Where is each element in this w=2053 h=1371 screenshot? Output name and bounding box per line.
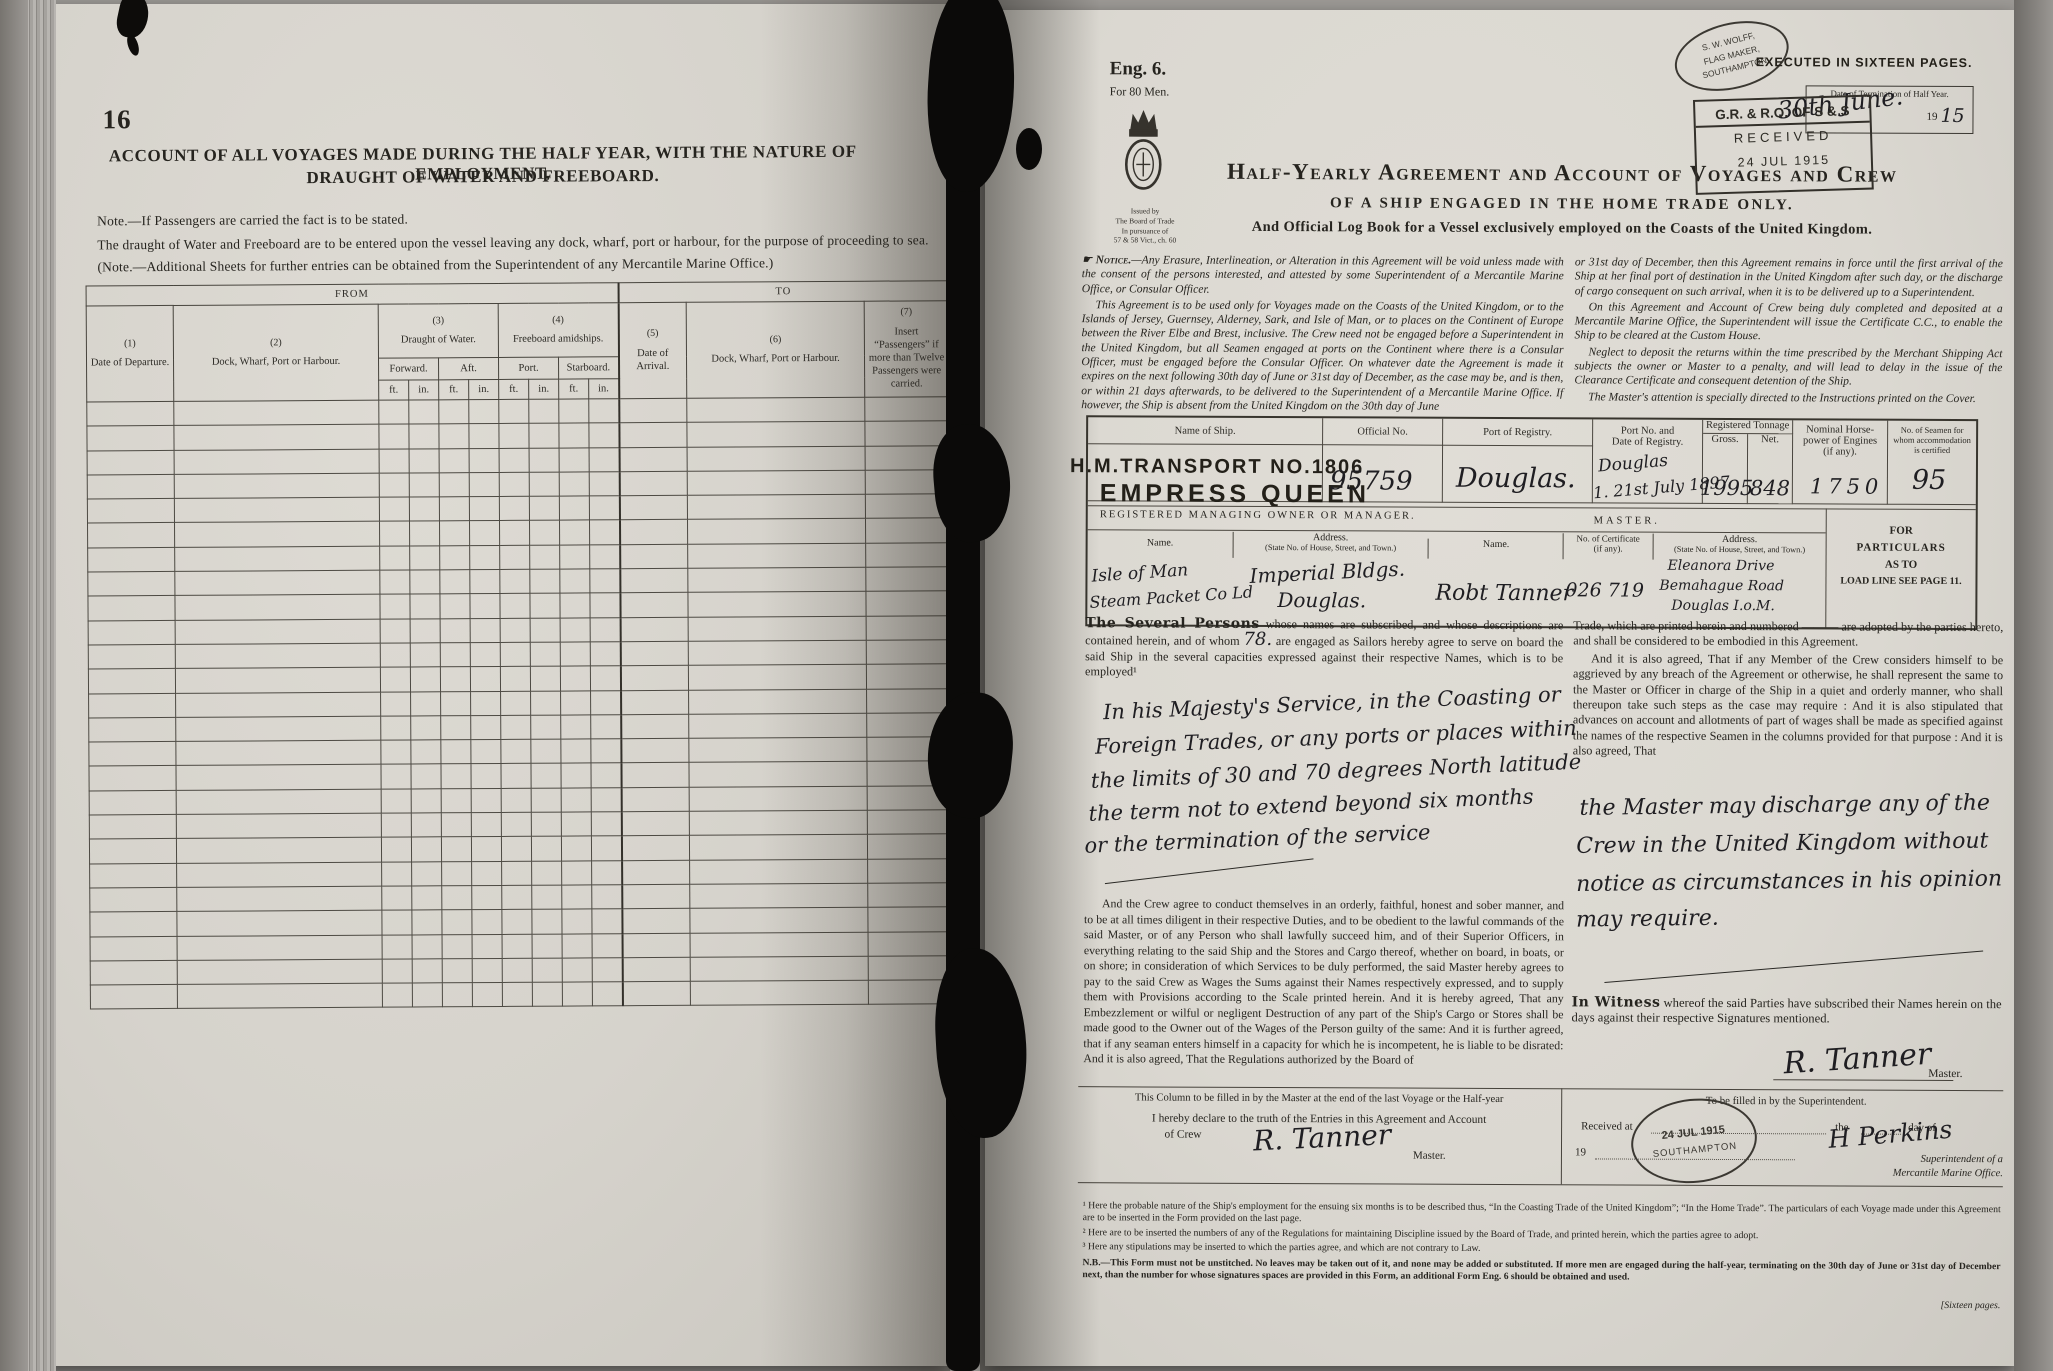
col4-label: Freeboard amidships. [513,334,603,346]
header-name-of-ship-label: Name of Ship. [1088,425,1322,437]
received-stamp-line1: G.R. & R.O. OF S & S [1695,103,1870,128]
pen-stroke-left [1105,858,1314,884]
right-page: Eng. 6. For 80 Men. Issued by The Board … [985,10,2015,1366]
subtitle-logbook: And Official Log Book for a Vessel exclu… [1122,218,2002,239]
header-hp-line2: power of Engines [1793,435,1887,446]
sub-starboard: Starboard. [558,357,618,379]
notice-right-column: or 31st day of December, then this Agree… [1574,255,2003,408]
owner-address-header: Address. (State No. of House, Street, an… [1233,532,1428,559]
page-stack-edge [26,0,56,1371]
superintendent-title: To be filled in by the Superintendent. [1571,1094,2001,1108]
witness-paragraph: In Witness whereof the said Parties have… [1572,995,2002,1028]
col-dock-from: (2) Dock, Wharf, Port or Harbour. [173,304,379,401]
form-number: Eng. 6. [1110,58,1167,80]
notice-paragraph-4: On this Agreement and Account of Crew be… [1575,300,2003,345]
crew-agreement-paragraph: And the Crew agree to conduct themselves… [1083,896,1564,1069]
notice-lead: Notice. [1096,253,1132,266]
several-persons-paragraph: The Several Persons whose names are subs… [1085,616,1563,682]
certificate-header: No. of Certificate (if any). [1563,533,1653,559]
header-hp-line1: Nominal Horse- [1793,424,1887,435]
master-name-value: Robt Tanner [1435,581,1573,607]
master-address-value-line2: Bemahague Road [1659,578,1784,595]
ship-name-stamp-transport: H.M.TRANSPORT NO.1806 [1070,455,1364,479]
termination-year-printed: 19 [1926,111,1937,123]
employment-handwritten-line5: or the termination of the service [1084,820,1431,858]
loadline-line2: PARTICULARS [1827,539,1976,557]
book-spine [946,0,980,1371]
master-address-hint: (State No. of House, Street, and Town.) [1654,545,1826,555]
owner-name-value-line2: Steam Packet Co Ld [1089,582,1254,612]
col5-label: Date of Arrival. [636,348,669,372]
crew-agreement-text: And the Crew agree to conduct themselves… [1083,896,1564,1069]
gross-tonnage-value: 1995 [1700,476,1754,500]
col1-label: Date of Departure. [91,357,169,368]
superintendent-label-line1: Superintendent of a [1863,1154,2003,1166]
owner-address-label: Address. [1234,532,1428,544]
left-page-gutter-shadow [760,0,950,1371]
master-column-note: This Column to be filled in by the Maste… [1081,1092,1557,1105]
master-address-value-line1: Eleanora Drive [1668,558,1775,574]
header-seamen-line3: is certified [1888,445,1976,455]
col2-label: Dock, Wharf, Port or Harbour. [212,356,340,368]
master-signature: R. Tanner [1782,1037,1932,1082]
notice-left-column: ☛ Notice.—Any Erasure, Interlineation, o… [1081,253,1564,416]
notice-text-1: —Any Erasure, Interlineation, or Alterat… [1082,253,1564,295]
owner-name-header: Name. [1088,537,1233,549]
col-freeboard: (4) Freeboard amidships. [498,303,618,358]
nb-note: N.B.—This Form must not be unstitched. N… [1082,1257,2000,1286]
bottom-section-bottom-rule [1078,1182,2003,1187]
owner-name-value-line1: Isle of Man [1091,560,1189,586]
col3-number: (3) [381,315,496,328]
pen-stroke-right [1604,951,1983,983]
signature-rule [1773,1079,1953,1081]
certificate-hint: (if any). [1564,543,1653,553]
official-no-value: 95759 [1330,466,1413,496]
col-date-arrival: (5) Date of Arrival. [618,302,687,398]
unit-ft: ft. [499,379,529,399]
unit-in: in. [589,379,619,399]
loadline-line1: FOR [1827,522,1976,540]
discharge-handwritten-line3: notice as circumstances in his opinion [1576,866,2002,897]
unit-in: in. [529,379,559,399]
seamen-value: 95 [1912,465,1946,496]
declaration-line2: of Crew [1103,1128,1263,1141]
footnote-1: ¹ Here the probable nature of the Ship's… [1083,1200,2001,1229]
superintendent-label-line2: Mercantile Marine Office. [1863,1168,2003,1180]
witness-lead: In Witness [1572,994,1661,1010]
net-tonnage-value: 848 [1750,476,1790,500]
certificate-label: No. of Certificate [1564,533,1653,543]
header-seamen-line2: whom accommodation [1888,435,1976,445]
notice-paragraph-3: or 31st day of December, then this Agree… [1575,255,2003,300]
ship-particulars-table: Name of Ship. Official No. Port of Regis… [1085,415,1978,630]
loadline-box: FOR PARTICULARS AS TO LOAD LINE SEE PAGE… [1825,508,1976,628]
col1-number: (1) [89,338,171,351]
header-port-no-line2: Date of Registry. [1593,436,1702,447]
notice-paragraph-1: ☛ Notice.—Any Erasure, Interlineation, o… [1082,253,1564,298]
southampton-date-stamp: 24 JUL 1915 SOUTHAMPTON [1627,1093,1761,1189]
received-stamp-line2: RECEIVED [1696,127,1870,147]
superintendent-signature: H Perkins [1827,1115,1953,1154]
notice-paragraph-5: Neglect to deposit the returns within th… [1574,345,2002,390]
header-official-no-label: Official No. [1323,426,1442,438]
master-address-label: Address. [1654,534,1826,546]
col5-number: (5) [621,328,684,341]
notice-paragraph-6: The Master's attention is specially dire… [1574,390,2002,406]
regulations-text2: And it is also agreed, That if any Membe… [1573,651,2003,761]
spine-dot [1016,128,1042,170]
header-seamen-line1: No. of Seamen for [1888,425,1976,435]
declaration-signature: R. Tanner [1252,1118,1392,1158]
page-number: 16 [102,104,131,135]
bottom-section-divider [1561,1088,1562,1184]
crew-count-handwritten: 78. [1243,629,1272,650]
col-date-departure: (1) Date of Departure. [86,305,174,402]
unit-in: in. [469,379,499,399]
crest-caption-4: 57 & 58 Vict., ch. 60 [1085,235,1205,245]
regulations-paragraph: Trade, which are printed herein and numb… [1573,618,2004,761]
unit-in: in. [409,380,439,400]
footnote-3: ³ Here any stipulations may be inserted … [1083,1241,2001,1257]
sub-forward: Forward. [379,358,439,380]
owner-address-hint: (State No. of House, Street, and Town.) [1234,543,1428,553]
unit-ft: ft. [559,379,589,399]
received-stamp-line3: 24 JUL 1915 [1697,152,1871,171]
master-address-value-line3: Douglas I.o.M. [1671,598,1775,614]
sub-aft: Aft. [439,357,499,379]
termination-year-written: 15 [1940,105,1964,127]
year-printed: 19 [1575,1146,1586,1158]
regulations-text1: Trade, which are printed herein and numb… [1573,618,2003,651]
master-signature-label: Master. [1928,1068,1962,1080]
loadline-line3: AS TO [1827,557,1976,575]
header-port-no-line1: Port No. and [1593,425,1702,436]
several-persons-lead: The Several Persons [1085,615,1259,632]
form-size: For 80 Men. [1110,84,1170,99]
header-port-of-registry-label: Port of Registry. [1443,427,1592,439]
subheader-rule [1088,529,1826,533]
master-name-header: Name. [1428,539,1564,560]
certificate-value: 026 719 [1565,579,1644,601]
loadline-line4: LOAD LINE SEE PAGE 11. [1826,574,1975,590]
declaration-signature-label: Master. [1413,1150,1446,1162]
col4-number: (4) [501,314,616,327]
col2-number: (2) [176,336,376,350]
owner-address-value-line1: Imperial Bldgs. [1249,557,1405,588]
sub-port: Port. [498,357,558,379]
horsepower-value: 1750 [1810,474,1884,498]
employment-handwritten-line4: the term not to extend beyond six months [1088,784,1534,825]
scanner-left-margin [0,0,28,1371]
discharge-handwritten-line4: may require. [1576,906,1719,933]
bottom-section-top-rule [1078,1086,2003,1091]
received-at-label: Received at [1581,1120,1633,1132]
unit-ft: ft. [379,380,409,400]
notice-paragraph-2: This Agreement is to be used only for Vo… [1081,298,1563,414]
port-of-registry-value: Douglas. [1456,463,1576,495]
master-address-header: Address. (State No. of House, Street, an… [1653,534,1826,561]
col-draught: (3) Draught of Water. [378,303,498,358]
header-hp-line3: (if any). [1793,446,1887,457]
master-heading: MASTER. [1428,515,1826,528]
right-page-gutter-shadow [980,0,1100,1371]
received-stamp: G.R. & R.O. OF S & S RECEIVED 24 JUL 191… [1693,95,1874,195]
discharge-handwritten-line2: Crew in the United Kingdom without [1576,829,1988,859]
employment-handwritten-line1: In his Majesty's Service, in the Coastin… [1103,682,1561,724]
discharge-handwritten-line1: the Master may discharge any of the [1579,791,1990,821]
owner-address-value-line2: Douglas. [1277,588,1366,612]
scanner-right-margin [2014,0,2053,1371]
header-registered-tonnage: Registered Tonnage [1703,420,1793,434]
col3-label: Draught of Water. [401,334,476,345]
owner-heading: REGISTERED MANAGING OWNER OR MANAGER. [1088,509,1428,521]
unit-ft: ft. [439,380,469,400]
sixteen-pages-note: [Sixteen pages. [1842,1299,2000,1312]
subtitle-home-trade: OF A SHIP ENGAGED IN THE HOME TRADE ONLY… [1122,194,2002,215]
executed-stamp: EXECUTED IN SIXTEEN PAGES. [1756,55,1973,70]
